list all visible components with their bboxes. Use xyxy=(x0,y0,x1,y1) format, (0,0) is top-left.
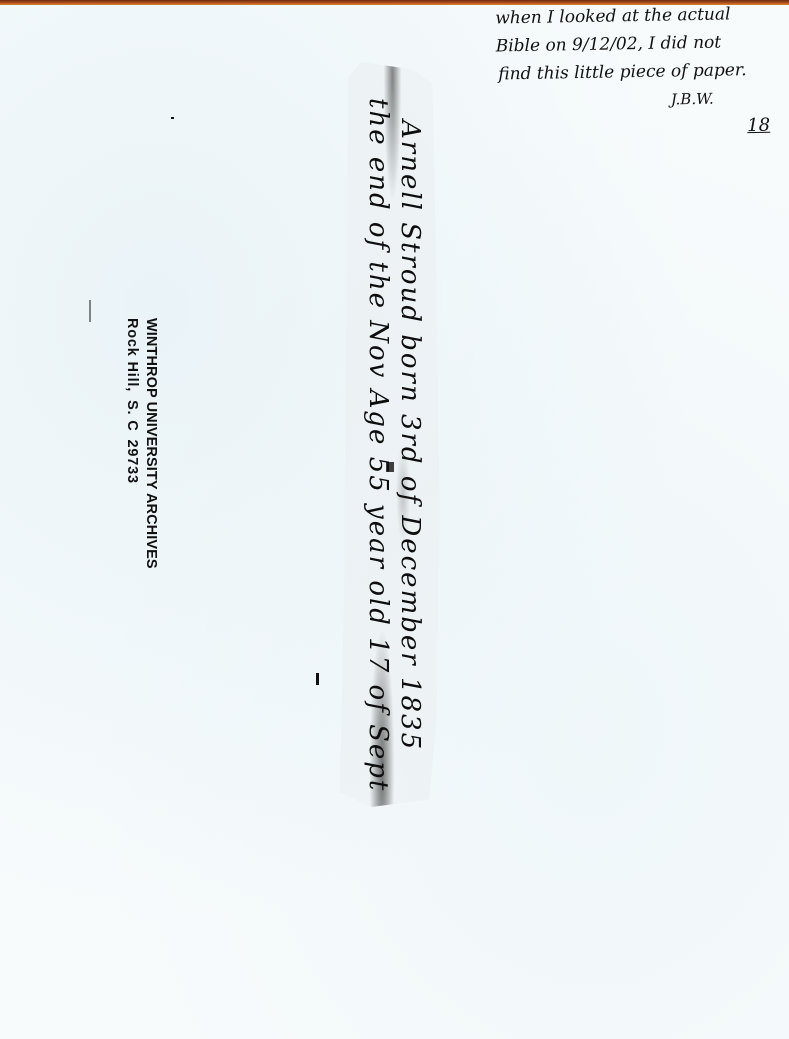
annotation-signature: J.B.W. xyxy=(670,83,784,113)
ink-speck xyxy=(316,673,319,685)
stamp-city: Rock Hill, xyxy=(124,318,140,392)
stamp-state: S. C xyxy=(124,400,140,431)
scanned-page: when I looked at the actual Bible on 9/1… xyxy=(0,0,789,1039)
handwritten-annotation: when I looked at the actual Bible on 9/1… xyxy=(493,0,785,117)
archives-stamp: WINTHROP UNIVERSITY ARCHIVES Rock Hill,S… xyxy=(120,318,160,598)
ink-speck xyxy=(386,462,394,472)
strip-handwriting-line-2: the end of the Nov Age 55 year old 17 of… xyxy=(363,98,393,792)
stamp-institution: WINTHROP UNIVERSITY ARCHIVES xyxy=(141,318,160,569)
stamp-zip: 29733 xyxy=(124,439,140,483)
annotation-line-3: find this little piece of paper. xyxy=(498,55,784,88)
ink-speck xyxy=(171,117,174,119)
page-number: 18 xyxy=(747,112,770,140)
strip-handwriting-line-1: Arnell Stroud born 3rd of December 1835 xyxy=(395,120,425,751)
stamp-address: Rock Hill,S. C29733 xyxy=(122,318,141,569)
ink-speck xyxy=(89,300,91,322)
